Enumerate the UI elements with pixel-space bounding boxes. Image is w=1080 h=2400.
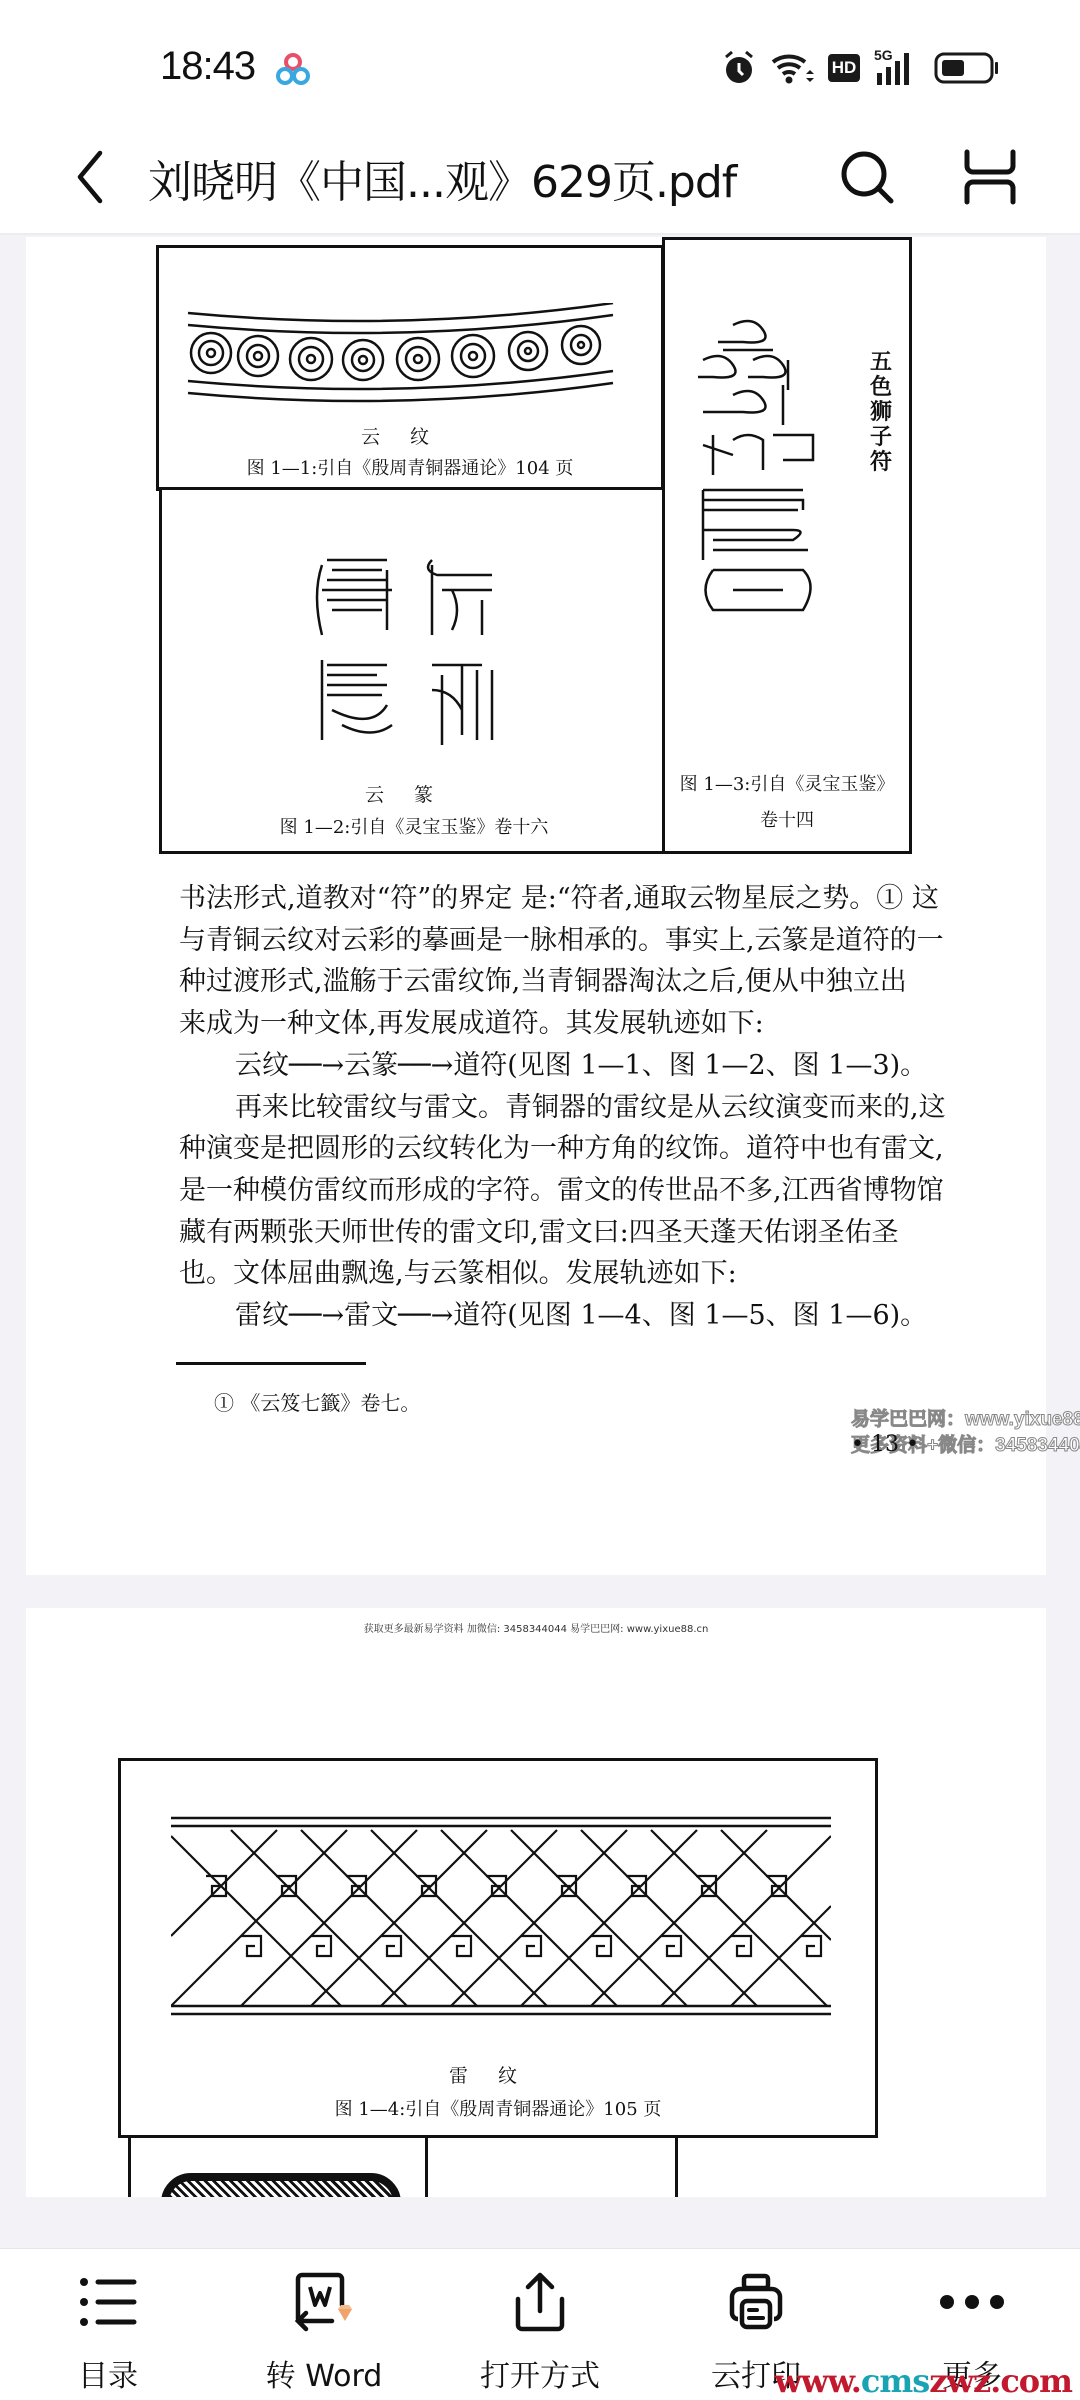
cloud-seal-script-illustration xyxy=(312,550,512,750)
site-watermark: www.cmszwz.com xyxy=(774,2362,1072,2400)
pdf-page-13: 云纹 图 1—1:引自《殷周青铜器通论》104 页 云篆 图 1—2:引自《灵宝… xyxy=(26,237,1046,1575)
seal-impression-image xyxy=(161,2173,401,2197)
figure-1-6 xyxy=(425,2135,678,2197)
chevron-left-icon xyxy=(72,149,108,205)
figure-1-3: 五色狮子符 图 1—3:引自《灵宝玉鉴》 卷十四 xyxy=(662,237,912,854)
battery-icon xyxy=(934,52,1000,84)
toolbar-label: 目录 xyxy=(78,2351,138,2395)
page-header-watermark: 获取更多最新易学资料 加微信: 3458344044 易学巴巴网: www.yi… xyxy=(26,1620,1046,1635)
figure-1-3-source: 图 1—3:引自《灵宝玉鉴》 xyxy=(665,770,909,796)
status-icons: HD 5G xyxy=(722,46,1000,90)
view-mode-icon xyxy=(961,148,1019,206)
evolution-path-cloud: 云纹──→云篆──→道符(见图 1—1、图 1—2、图 1—3)。 xyxy=(179,1045,949,1087)
paragraph-line: 也。文体屈曲飘逸,与云篆相似。发展轨迹如下: xyxy=(179,1253,949,1295)
figure-1-1: 云纹 图 1—1:引自《殷周青铜器通论》104 页 xyxy=(156,245,664,491)
search-icon xyxy=(837,147,897,207)
paragraph-line: 书法形式,道教对“符”的界定 是:“符者,通取云物星辰之势。① 这 xyxy=(179,878,949,920)
toolbar-label: 转 Word xyxy=(266,2351,383,2395)
toolbar-open-with-button[interactable]: 打开方式 xyxy=(432,2249,648,2400)
app-bar: 刘晓明《中国...观》629页.pdf xyxy=(0,120,1080,235)
footnote: ① 《云笈七籤》卷七。 xyxy=(214,1387,420,1416)
document-title: 刘晓明《中国...观》629页.pdf xyxy=(148,146,736,210)
footnote-divider xyxy=(176,1362,366,1365)
paragraph-line: 种过渡形式,滥觞于云雷纹饰,当青铜器淘汰之后,便从中独立出 xyxy=(179,961,949,1003)
more-icon xyxy=(939,2294,1005,2310)
five-color-lion-talisman-illustration xyxy=(693,315,823,635)
list-icon xyxy=(78,2274,138,2330)
share-icon xyxy=(512,2271,568,2333)
printer-icon xyxy=(728,2273,784,2331)
thunder-pattern-illustration xyxy=(171,1816,831,2016)
paragraph-line: 再来比较雷纹与雷文。青铜器的雷纹是从云纹演变而来的,这 xyxy=(179,1087,949,1129)
figure-1-4-source: 图 1—4:引自《殷周青铜器通论》105 页 xyxy=(121,2095,875,2121)
pdf-viewer-screen: 18:43 HD 5G xyxy=(0,0,1080,2400)
figure-1-2: 云篆 图 1—2:引自《灵宝玉鉴》卷十六 xyxy=(159,487,669,854)
paragraph-line: 来成为一种文体,再发展成道符。其发展轨迹如下: xyxy=(179,1003,949,1045)
status-time: 18:43 xyxy=(160,44,255,89)
view-mode-button[interactable] xyxy=(955,142,1025,212)
paragraph-line: 是一种模仿雷纹而形成的字符。雷文的传世品不多,江西省博物馆 xyxy=(179,1170,949,1212)
figure-1-3-source-volume: 卷十四 xyxy=(665,806,909,832)
search-button[interactable] xyxy=(832,142,902,212)
figure-1-1-source: 图 1—1:引自《殷周青铜器通论》104 页 xyxy=(159,454,661,480)
alarm-icon xyxy=(722,49,756,87)
figure-1-1-title: 云纹 xyxy=(159,422,661,449)
back-button[interactable] xyxy=(60,142,120,212)
figure-1-4: 雷纹 图 1—4:引自《殷周青铜器通论》105 页 xyxy=(118,1758,878,2138)
figure-1-4-title: 雷纹 xyxy=(121,2061,875,2088)
body-text: 书法形式,道教对“符”的界定 是:“符者,通取云物星辰之势。① 这 与青铜云纹对… xyxy=(179,878,949,1337)
figure-1-3-side-label: 五色狮子符 xyxy=(870,350,894,475)
status-bar: 18:43 HD 5G xyxy=(0,0,1080,120)
paragraph-line: 种演变是把圆形的云纹转化为一种方角的纹饰。道符中也有雷文, xyxy=(179,1128,949,1170)
toolbar-label: 打开方式 xyxy=(480,2351,600,2395)
paragraph-line: 藏有两颗张天师世传的雷文印,雷文曰:四圣天蓬天佑诩圣佑圣 xyxy=(179,1212,949,1254)
figure-1-2-title: 云篆 xyxy=(162,780,666,807)
app-notification-icon xyxy=(273,50,313,90)
hd-icon: HD xyxy=(828,54,860,82)
toolbar-convert-word-button[interactable]: 转 Word xyxy=(216,2249,432,2400)
cloud-pattern-illustration xyxy=(183,303,623,403)
figure-1-2-source: 图 1—2:引自《灵宝玉鉴》卷十六 xyxy=(162,813,666,839)
paragraph-line: 与青铜云纹对云彩的摹画是一脉相承的。事实上,云篆是道符的一 xyxy=(179,920,949,962)
figure-1-5 xyxy=(128,2135,428,2197)
evolution-path-thunder: 雷纹──→雷文──→道符(见图 1—4、图 1—5、图 1—6)。 xyxy=(179,1295,949,1337)
toolbar-contents-button[interactable]: 目录 xyxy=(0,2249,216,2400)
page-number: • 13 • xyxy=(851,1432,919,1457)
pdf-page-14: 获取更多最新易学资料 加微信: 3458344044 易学巴巴网: www.yi… xyxy=(26,1608,1046,2197)
wifi-icon xyxy=(770,50,814,86)
pdf-viewer[interactable]: 云纹 图 1—1:引自《殷周青铜器通论》104 页 云篆 图 1—2:引自《灵宝… xyxy=(0,237,1080,2197)
word-convert-icon xyxy=(292,2271,356,2333)
5g-signal-icon: 5G xyxy=(874,51,920,85)
